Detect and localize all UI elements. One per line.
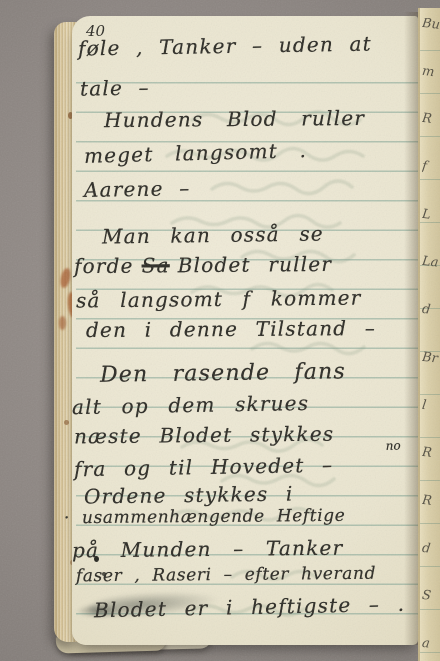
handwritten-line-18: Blodet er i heftigste – . (94, 594, 406, 621)
text-fragment: R (422, 112, 440, 127)
handwritten-word: forde (74, 254, 134, 279)
text-fragment: l (422, 398, 440, 413)
handwritten-line-9: den i denne Tilstand – (86, 318, 376, 340)
text-fragment: Bu (422, 18, 440, 32)
facing-page-edge: Bu m R f L La d Br l R R d S a (418, 8, 440, 661)
handwritten-line-5: Aarene – (84, 178, 191, 200)
text-fragment: R (422, 494, 440, 509)
text-fragment: S (422, 589, 440, 604)
rust-stain (59, 316, 66, 330)
handwritten-line-12: næste Blodet stykkes (74, 424, 334, 447)
handwritten-line-1: føle , Tanker – uden at (78, 33, 372, 58)
handwritten-line-3: Hundens Blod ruller (104, 108, 365, 130)
struck-word: Sa (142, 253, 170, 277)
handwritten-line-11: alt op dem skrues (72, 393, 310, 417)
handwritten-word: Blodet ruller (178, 252, 333, 277)
handwritten-line-15: · usammenhængende Heftige (64, 508, 346, 527)
text-fragment: La (422, 255, 440, 270)
text-fragment: m (422, 65, 440, 80)
handwritten-line-10: Den rasende fans (100, 361, 346, 386)
text-fragment: d (422, 541, 440, 556)
text-fragment: d (422, 303, 440, 318)
handwritten-line-16: på Munden – Tanker (72, 538, 343, 561)
handwritten-text: fra og til Hovedet – (74, 453, 334, 482)
handwritten-line-13: fra og til Hovedet – no (74, 455, 334, 480)
rust-stain (59, 267, 72, 288)
handwritten-line-7: fordeSaBlodet ruller (74, 254, 332, 276)
text-fragment: R (422, 446, 440, 461)
text-fragment: Br (422, 351, 440, 366)
notebook-page: 40 føle , Tanker – uden at tale – Hunden… (72, 16, 418, 645)
foxing-spot (64, 420, 69, 425)
superscript-note: no (386, 440, 401, 452)
text-fragment: a (422, 637, 440, 651)
text-fragment: L (422, 208, 440, 223)
binding-gutter-shadow (404, 12, 419, 645)
facing-page-text-fragments: Bu m R f L La d Br l R R d S a (422, 18, 440, 651)
handwritten-line-2: tale – (80, 77, 150, 98)
photo-background: 40 føle , Tanker – uden at tale – Hunden… (0, 0, 440, 661)
handwritten-line-17: faser , Raseri – efter hverand (76, 566, 376, 586)
handwritten-line-8: så langsomt f kommer (76, 288, 362, 311)
text-fragment: f (422, 160, 440, 175)
handwritten-line-4: meget langsomt . (84, 140, 308, 166)
handwritten-line-14: Ordene stykkes i (84, 484, 294, 507)
handwritten-line-6: Man kan osså se (102, 223, 324, 246)
